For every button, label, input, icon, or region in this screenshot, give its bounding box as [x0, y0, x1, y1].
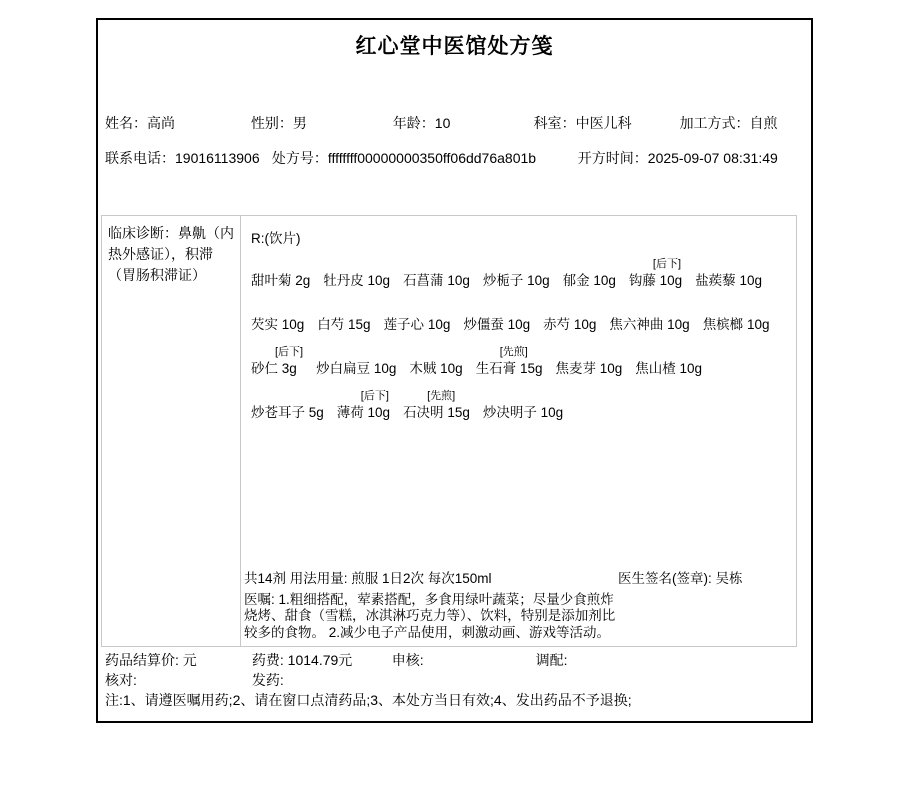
patient-age-field: 年龄：10: [393, 113, 530, 133]
medicine-item: [后下]薄荷 10g: [337, 388, 390, 422]
decoction-tag: [555, 344, 622, 360]
medicine-list: 甜叶菊 2g 牡丹皮 10g 石菖蒲 10g 炒栀子 10g 郁金 10g[后下…: [241, 247, 796, 432]
medicine-name-dose: 牡丹皮 10g: [323, 272, 390, 290]
medicine-name-dose: 盐蒺藜 10g: [695, 272, 762, 290]
decoction-tag: [543, 300, 596, 316]
decoction-tag: [635, 344, 702, 360]
fee-field: 药费: 1014.79元: [252, 650, 388, 670]
decoction-tag: [563, 256, 616, 272]
rx-header: R:(饮片): [241, 216, 796, 247]
patient-name-field: 姓名：高尚: [105, 113, 247, 133]
medicine-item: 莲子心 10g: [384, 300, 451, 334]
medicine-item: 赤芍 10g: [543, 300, 596, 334]
contact-info-row: 联系电话：19016113906 处方号：ffffffff00000000350…: [105, 148, 807, 168]
decoction-tag: [703, 300, 770, 316]
decoction-tag: [609, 300, 689, 316]
dosage-text: 共14剂 用法用量: 煎服 1日2次 每次150ml: [244, 571, 492, 586]
prescription-table: 临床诊断：鼻鼽（内热外感证），积滞（胃肠积滞证） R:(饮片) 甜叶菊 2g 牡…: [101, 215, 797, 647]
medicine-item: 炒决明子 10g: [483, 388, 563, 422]
medicine-item: 焦六神曲 10g: [609, 300, 689, 334]
medicine-item: 焦麦芽 10g: [555, 344, 622, 378]
processing-method-field: 加工方式：自煎: [680, 113, 778, 133]
decoction-tag: [384, 300, 451, 316]
rx-number-field: 处方号：ffffffff00000000350ff06dd76a801b: [272, 148, 574, 168]
department-field: 科室：中医儿科: [534, 113, 676, 133]
medicine-name-dose: 石决明 15g: [403, 404, 470, 422]
medicine-name-dose: 焦麦芽 10g: [555, 360, 622, 378]
settlement-row: 药品结算价: 元 药费: 1014.79元 申核: 调配:: [105, 650, 807, 670]
prepare-field: 调配:: [536, 650, 568, 670]
decoction-tag: [316, 344, 396, 360]
decoction-tag: [463, 300, 530, 316]
clinical-diagnosis: 临床诊断：鼻鼽（内热外感证），积滞（胃肠积滞证）: [102, 216, 241, 646]
medicine-item: 焦槟榔 10g: [703, 300, 770, 334]
medicine-name-dose: 莲子心 10g: [384, 316, 451, 334]
medicine-item: 焦山楂 10g: [635, 344, 702, 378]
doctor-signature: 医生签名(签章): 吴栋: [618, 570, 743, 588]
prescription-cell: R:(饮片) 甜叶菊 2g 牡丹皮 10g 石菖蒲 10g 炒栀子 10g 郁金…: [241, 216, 796, 646]
medicine-item: [后下]钩藤 10g: [629, 256, 682, 290]
medicine-name-dose: 炒栀子 10g: [483, 272, 550, 290]
medicine-name-dose: 石菖蒲 10g: [403, 272, 470, 290]
prescription-sheet: 红心堂中医馆处方笺 姓名：高尚 性别：男 年龄：10 科室：中医儿科 加工方式：…: [96, 18, 813, 723]
medicine-item: 芡实 10g: [251, 300, 304, 334]
settle-price-field: 药品结算价: 元: [105, 650, 248, 670]
medicine-name-dose: 生石膏 15g: [476, 360, 543, 378]
medicine-name-dose: 钩藤 10g: [629, 272, 682, 290]
medicine-name-dose: 甜叶菊 2g: [251, 272, 310, 290]
doctor-advice: 医嘱: 1.粗细搭配，荤素搭配，多食用绿叶蔬菜；尽量少食煎炸烧烤、甜食（雪糕，冰…: [244, 592, 626, 642]
medicine-row: 芡实 10g 白芍 15g 莲子心 10g 炒僵蚕 10g 赤芍 10g 焦六神…: [251, 300, 796, 334]
medicine-item: 木贼 10g: [409, 344, 462, 378]
medicine-item: 牡丹皮 10g: [323, 256, 390, 290]
decoction-tag: [后下]: [251, 344, 303, 360]
phone-field: 联系电话：19016113906: [105, 148, 268, 168]
medicine-name-dose: 白芍 15g: [317, 316, 370, 334]
medicine-name-dose: 焦山楂 10g: [635, 360, 702, 378]
decoction-tag: [483, 388, 563, 404]
medicine-item: 石菖蒲 10g: [403, 256, 470, 290]
medicine-name-dose: 焦六神曲 10g: [609, 316, 689, 334]
dosage-instructions: 共14剂 用法用量: 煎服 1日2次 每次150ml 医生签名(签章): 吴栋: [244, 570, 788, 588]
decoction-tag: [317, 300, 370, 316]
medicine-item: 炒苍耳子 5g: [251, 388, 324, 422]
decoction-tag: [251, 300, 304, 316]
patient-info-row: 姓名：高尚 性别：男 年龄：10 科室：中医儿科 加工方式：自煎: [105, 113, 807, 133]
decoction-tag: [409, 344, 462, 360]
decoction-tag: [483, 256, 550, 272]
medicine-name-dose: 炒白扁豆 10g: [316, 360, 396, 378]
medicine-item: 甜叶菊 2g: [251, 256, 310, 290]
check-row: 核对: 发药:: [105, 670, 807, 690]
medicine-name-dose: 赤芍 10g: [543, 316, 596, 334]
decoction-tag: [251, 256, 310, 272]
page-title: 红心堂中医馆处方笺: [98, 30, 811, 60]
medicine-item: 郁金 10g: [563, 256, 616, 290]
patient-gender-field: 性别：男: [251, 113, 389, 133]
issue-time-field: 开方时间：2025-09-07 08:31:49: [578, 148, 778, 168]
medicine-name-dose: 砂仁 3g: [251, 360, 303, 378]
medicine-name-dose: 炒决明子 10g: [483, 404, 563, 422]
medicine-name-dose: 焦槟榔 10g: [703, 316, 770, 334]
medicine-name-dose: 薄荷 10g: [337, 404, 390, 422]
medicine-row: 甜叶菊 2g 牡丹皮 10g 石菖蒲 10g 炒栀子 10g 郁金 10g[后下…: [251, 256, 796, 290]
check-field: 核对:: [105, 670, 248, 690]
decoction-tag: [695, 256, 762, 272]
medicine-name-dose: 炒苍耳子 5g: [251, 404, 324, 422]
decoction-tag: [先煎]: [403, 388, 470, 404]
medicine-name-dose: 炒僵蚕 10g: [463, 316, 530, 334]
medicine-item: 炒白扁豆 10g: [316, 344, 396, 378]
decoction-tag: [403, 256, 470, 272]
medicine-item: 盐蒺藜 10g: [695, 256, 762, 290]
medicine-item: 白芍 15g: [317, 300, 370, 334]
medicine-item: [先煎]生石膏 15g: [476, 344, 543, 378]
decoction-tag: [后下]: [337, 388, 390, 404]
medicine-item: [先煎]石决明 15g: [403, 388, 470, 422]
medicine-name-dose: 木贼 10g: [409, 360, 462, 378]
medicine-item: [后下]砂仁 3g: [251, 344, 303, 378]
notes-line: 注:1、请遵医嘱用药;2、请在窗口点清药品;3、本处方当日有效;4、发出药品不予…: [105, 690, 807, 710]
medicine-name-dose: 郁金 10g: [563, 272, 616, 290]
dispense-field: 发药:: [252, 670, 284, 690]
medicine-item: 炒栀子 10g: [483, 256, 550, 290]
review-field: 申核:: [392, 650, 532, 670]
decoction-tag: [后下]: [629, 256, 682, 272]
decoction-tag: [251, 388, 324, 404]
medicine-name-dose: 芡实 10g: [251, 316, 304, 334]
medicine-row: 炒苍耳子 5g[后下]薄荷 10g[先煎]石决明 15g 炒决明子 10g: [251, 388, 796, 422]
decoction-tag: [323, 256, 390, 272]
usage-section: 共14剂 用法用量: 煎服 1日2次 每次150ml 医生签名(签章): 吴栋 …: [241, 570, 796, 647]
medicine-item: 炒僵蚕 10g: [463, 300, 530, 334]
medicine-row: [后下]砂仁 3g 炒白扁豆 10g 木贼 10g[先煎]生石膏 15g 焦麦芽…: [251, 344, 796, 378]
decoction-tag: [先煎]: [476, 344, 543, 360]
